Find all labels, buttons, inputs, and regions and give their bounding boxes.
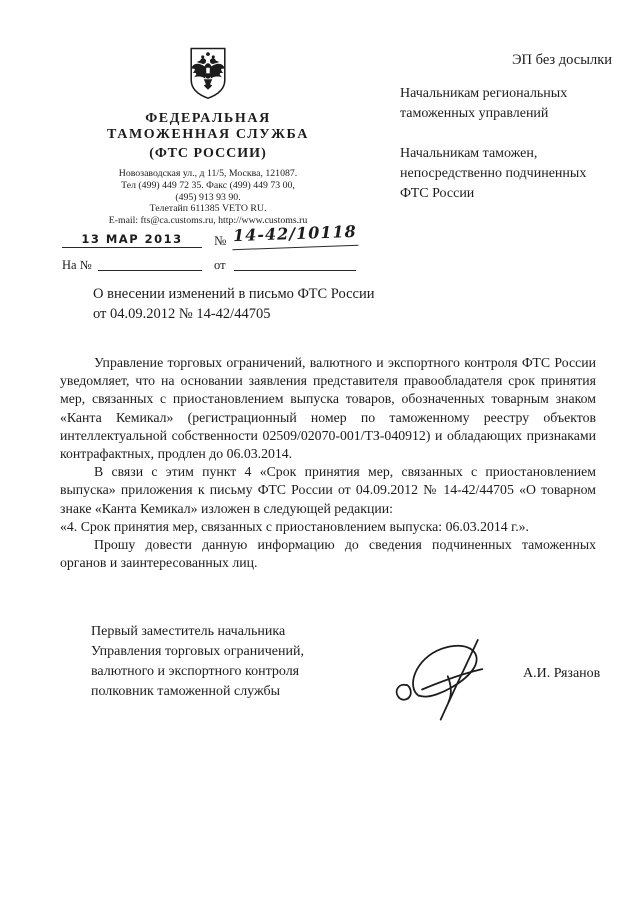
addressee-line: непосредственно подчиненных xyxy=(400,164,625,184)
body-paragraph: «4. Срок принятия мер, связанных с приос… xyxy=(60,518,596,536)
reference-row: На № от xyxy=(62,256,358,276)
org-abbr: (ФТС РОССИИ) xyxy=(60,146,356,162)
signer-position-line: полковник таможенной службы xyxy=(91,682,371,702)
address-line: (495) 913 93 90. xyxy=(60,192,356,204)
signature-scribble xyxy=(392,632,507,724)
org-address-block: Новозаводская ул., д 11/5, Москва, 12108… xyxy=(60,168,356,227)
addressee-block-regional: Начальникам региональных таможенных упра… xyxy=(400,84,615,124)
addressee-line: Начальникам таможен, xyxy=(400,144,625,164)
org-name-line: ФЕДЕРАЛЬНАЯ xyxy=(60,111,356,127)
addressee-line: Начальникам региональных xyxy=(400,84,615,104)
scanned-letter-page: ЭП без досылки Начальникам региональных … xyxy=(0,0,640,905)
signer-position-line: Управления торговых ограничений, xyxy=(91,642,371,662)
addressee-block-customs: Начальникам таможен, непосредственно под… xyxy=(400,144,625,204)
from-blank-line xyxy=(234,256,356,271)
subject-line: О внесении изменений в письмо ФТС России… xyxy=(93,284,383,324)
date-and-number-row: 13 МАР 2013 № 14-42/10118 xyxy=(62,230,358,252)
outgoing-number-handwritten: 14-42/10118 xyxy=(232,222,359,250)
body-paragraph: В связи с этим пункт 4 «Срок принятия ме… xyxy=(60,463,596,518)
addressee-line: таможенных управлений xyxy=(400,104,615,124)
delivery-marking: ЭП без досылки xyxy=(512,52,612,69)
letter-body: Управление торговых ограничений, валютно… xyxy=(60,354,596,572)
signer-position-block: Первый заместитель начальника Управления… xyxy=(91,622,371,702)
body-paragraph: Прошу довести данную информацию до сведе… xyxy=(60,536,596,572)
signer-name: А.И. Рязанов xyxy=(523,666,600,682)
in-reply-label: На № xyxy=(62,258,92,273)
in-reply-blank-line xyxy=(98,256,202,271)
body-paragraph: Управление торговых ограничений, валютно… xyxy=(60,354,596,463)
from-label: от xyxy=(214,258,226,273)
org-name: ФЕДЕРАЛЬНАЯ ТАМОЖЕННАЯ СЛУЖБА xyxy=(60,111,356,142)
signer-position-line: валютного и экспортного контроля xyxy=(91,662,371,682)
signer-position-line: Первый заместитель начальника xyxy=(91,622,371,642)
address-line: Тел (499) 449 72 35. Факс (499) 449 73 0… xyxy=(60,180,356,192)
org-name-line: ТАМОЖЕННАЯ СЛУЖБА xyxy=(60,127,356,143)
address-line: Телетайп 611385 VETO RU. xyxy=(60,203,356,215)
address-line: Новозаводская ул., д 11/5, Москва, 12108… xyxy=(60,168,356,180)
date-stamp: 13 МАР 2013 xyxy=(62,230,202,248)
letterhead: ФЕДЕРАЛЬНАЯ ТАМОЖЕННАЯ СЛУЖБА (ФТС РОССИ… xyxy=(60,44,356,227)
russian-coat-of-arms-icon xyxy=(187,44,229,102)
number-sign: № xyxy=(214,233,226,249)
addressee-line: ФТС России xyxy=(400,184,625,204)
